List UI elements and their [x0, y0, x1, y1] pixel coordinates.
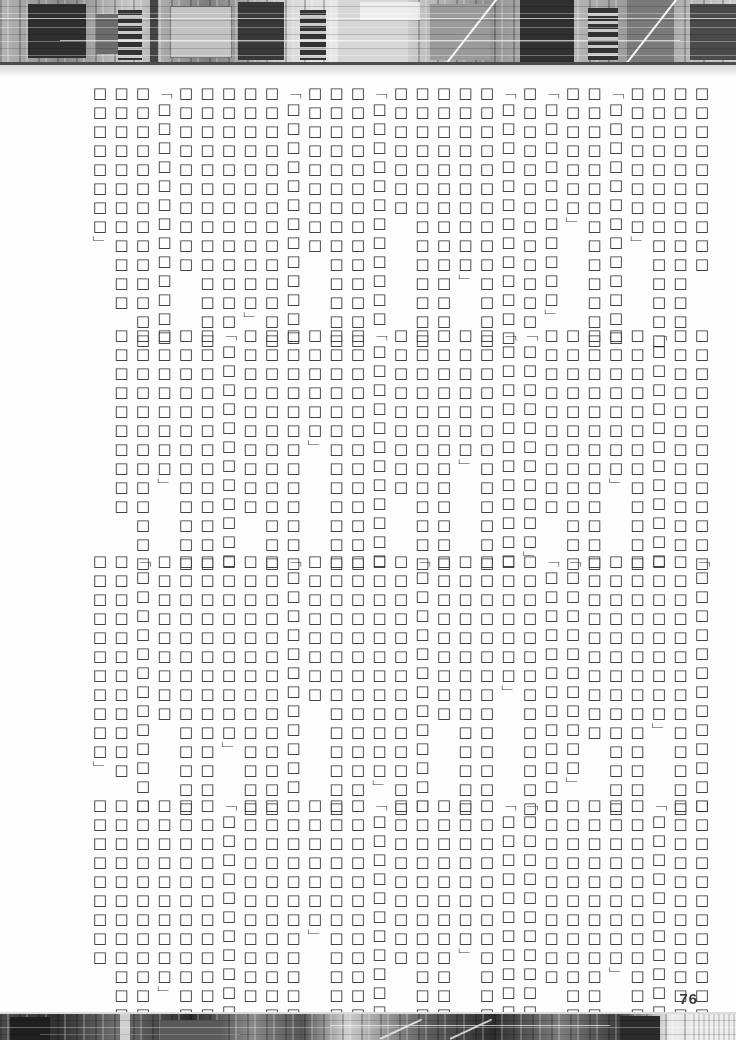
text-column: □□□□□□□□□□□□□□	[325, 552, 347, 776]
text-column: 「□□□□□□□□□□□□□	[691, 552, 713, 776]
text-column: □□□□□□□□□□□□□	[433, 326, 455, 532]
text-column: 「□□□□□□□□□□□□	[368, 84, 390, 306]
text-column: □□□□□□□□」	[626, 84, 648, 306]
text-column: □□□□□□□□□□□□□	[626, 552, 648, 776]
text-column: □□□□□□□□□	[390, 326, 412, 532]
text-column: 「□□□□□□□□□□□□□	[648, 796, 670, 1008]
text-column: □□□□□□□□□□□□	[110, 552, 132, 776]
text-tier-2: □□□□□□□□□□□□□□□□□□□□□□□□□「□□□□□□□□□□□□□□…	[74, 326, 712, 532]
text-column: □□□□□□□□□□□□□	[282, 796, 304, 1008]
text-column: □□□□□□□□□□□□□	[325, 326, 347, 532]
text-column: □□□□□□□□□□□□□□	[132, 796, 154, 1008]
text-column: □□□□□□□□□□□□□□	[411, 796, 433, 1008]
text-column: □□□□□□□□□□□□	[110, 796, 132, 1008]
text-column: □□□□□□□□□□□□□	[433, 796, 455, 1008]
text-column: 「□□□□□□□□□□□□□	[497, 796, 519, 1008]
text-column: □□□□□□□□□□□□□	[562, 326, 584, 532]
text-column: □□□□□□□□□□□□□□	[239, 552, 261, 776]
text-column: □□□□□□□□□□□□□	[583, 796, 605, 1008]
text-column: □□□□□□□□□□	[583, 552, 605, 776]
text-column: 「□□□□□□□□□□□□□	[605, 84, 627, 306]
text-column: □□□□□□□□□□□□□□	[261, 552, 283, 776]
text-column: □□□□□□□□□	[153, 552, 175, 776]
text-column: □□□□□□□□□	[89, 796, 111, 1008]
text-column: □□□□□□□□□□□□」	[368, 552, 390, 776]
text-column: □□□□□□□□□□□□□	[669, 84, 691, 306]
text-column: □□□□□□□□□□□□□□	[562, 796, 584, 1008]
text-column: □□□□□□□□□□	[540, 326, 562, 532]
text-column: □□□□□□□□□□□□□□	[648, 84, 670, 306]
text-column: □□□□□□□□□□□□□□	[325, 796, 347, 1008]
text-column: 「□□□□□□□□□□□□□	[132, 552, 154, 776]
text-column: □□□□□□□」	[562, 84, 584, 306]
banner-fade	[0, 65, 736, 78]
text-column: □□□□□□□□□□□□□□	[261, 796, 283, 1008]
text-column: □□□□□□□□□□□□□□	[519, 552, 541, 776]
text-column: □□□□□□□□□	[390, 796, 412, 1008]
text-column: □□□□□□□□□□	[691, 84, 713, 306]
text-column: □□□□□□□□□□□□	[669, 326, 691, 532]
text-column: □□□□□□□□□□□□□	[347, 326, 369, 532]
text-column: □□□□□□□□□□□□□	[132, 326, 154, 532]
text-column: □□□□□□」	[304, 326, 326, 532]
text-column: □□□□□□□□□□□□□□	[583, 84, 605, 306]
text-column: □□□□□□□	[390, 84, 412, 306]
text-column: □□□□□□□□□□□□□	[476, 326, 498, 532]
text-column: □□□□□□□□□□□□□	[626, 326, 648, 532]
text-column: □□□□□□□」	[497, 552, 519, 776]
text-column: □□□□□□□」	[304, 796, 326, 1008]
text-column: □□□□□□□□□□□」	[89, 552, 111, 776]
text-column: □□□□□□□□□□□□	[110, 84, 132, 306]
text-column: □□□□□□□□□□□□□	[583, 326, 605, 532]
text-column: □□□□□□□□□□□□□	[261, 326, 283, 532]
text-column: □□□□□□□□」	[605, 326, 627, 532]
text-column: □□□□□□□□□□□□□	[175, 796, 197, 1008]
text-column: 「□□□□□□□□□□□□	[282, 552, 304, 776]
text-column: □□□□□□□□□□□□□□	[691, 796, 713, 1008]
text-column: 「□□□□□□□□□□□□□	[497, 84, 519, 306]
text-column: □□□□□□□□□□」	[153, 796, 175, 1008]
text-column: □□□□□□□□□□□□□□	[390, 552, 412, 776]
text-column: □□□□□□□□」	[454, 796, 476, 1008]
text-column: □□□□□□□□□□□□□□	[132, 84, 154, 306]
text-column: □□□□□□□□□」	[648, 552, 670, 776]
text-column: □□□□□□□□	[304, 552, 326, 776]
text-column: □□□□□□□□□□」	[218, 552, 240, 776]
text-column: □□□□□□□□□□□□□	[196, 326, 218, 532]
text-column: □□□□□□□□□□□□□□	[196, 84, 218, 306]
text-column: 「□□□□□□□□□□□」	[519, 326, 541, 532]
text-column: 「□□□□□□□□□□□□	[648, 326, 670, 532]
text-area: □□□□□□□□□□□□□□□□□□□□□□□□□□□□□□□□□□□□□□□□…	[74, 84, 712, 1008]
text-column: □□□□□□□□□□	[239, 326, 261, 532]
text-column: □□□□□□□□□	[304, 84, 326, 306]
text-column: □□□□□□□□□□□□□	[433, 84, 455, 306]
glitch-horizontal-stripes	[0, 1014, 736, 1040]
text-column: □□□□□□□□□□□□□	[519, 84, 541, 306]
text-column: 「□□□□□□□□□□□□	[368, 326, 390, 532]
text-tier-4: □□□□□□□□□□□□□□□□□□□□□□□□□□「□□□□□□□□□□□□□…	[74, 796, 712, 1008]
text-tier-3: 「□□□□□□□□□□□□□□□□□□□□□□□□□□□□□□□□□□□□」□□…	[74, 552, 712, 776]
text-column: □□□□□□□□□□□□□	[476, 552, 498, 776]
text-column: □□□□□□□」	[454, 326, 476, 532]
glitch-horizontal-stripes	[0, 0, 736, 62]
text-column: □□□□□□□□」	[89, 84, 111, 306]
text-column: 「□□□□□□□□□□□」	[519, 796, 541, 1008]
text-column: 「□□□□□□□□□□□□□	[540, 552, 562, 776]
text-column: □□□□□□□□□□	[110, 326, 132, 532]
text-column: 「□□□□□□□□□□□□	[218, 326, 240, 532]
text-column: □□□□□□□□□□□□□	[347, 552, 369, 776]
text-column: □□□□□□□□」	[153, 326, 175, 532]
text-column: □□□□□□□□□□□□□□	[626, 796, 648, 1008]
text-column: □□□□□□□□□	[433, 552, 455, 776]
text-column: 「□□□□□□□□□□□□□	[411, 552, 433, 776]
text-column: □□□□□□□□□□□□□□	[669, 552, 691, 776]
text-column: □□□□□□□□□□□□□	[196, 552, 218, 776]
text-column: □□□□□□□□□」	[605, 796, 627, 1008]
text-column: 「□□□□□□□□□□□□	[497, 326, 519, 532]
text-column: □□□□□□□□□□□□□□	[261, 84, 283, 306]
text-column: 「□□□□□□□□□□□□□	[153, 84, 175, 306]
text-column: □□□□□□□□□□□□	[669, 796, 691, 1008]
text-column: 「□□□□□□□□□□□□□	[368, 796, 390, 1008]
text-column: □□□□□□□□□□□□□	[175, 326, 197, 532]
text-column: 「□□□□□□□□□□□□□	[282, 84, 304, 306]
text-column: □□□□□□□□□□□□□□	[411, 84, 433, 306]
text-column: □□□□□□□□□□□□□□	[347, 796, 369, 1008]
text-column: □□□□□□□□□□□□」	[239, 84, 261, 306]
text-column: □□□□□□□□□□□□□□	[196, 796, 218, 1008]
text-column: 「□□□□□□□□□□□」	[562, 552, 584, 776]
text-column: 「□□□□□□□□□□□」	[540, 84, 562, 306]
page-number: 76	[679, 991, 698, 1008]
glitch-banner-top	[0, 0, 736, 65]
text-column: □□□□□□□□□□□□□	[282, 326, 304, 532]
text-column: □□□□□□□□□□□□□□	[476, 84, 498, 306]
text-column: 「□□□□□□□□□□□□□	[218, 796, 240, 1008]
text-column: □□□□□□□□□□□□□	[218, 84, 240, 306]
text-column: □□□□□□□□□□」	[454, 84, 476, 306]
text-column: □□□□□□□□□□□□□□	[175, 552, 197, 776]
text-column: □□□□□□□□□□□□□□	[325, 84, 347, 306]
text-column: □□□□□□□□□□□□□□	[347, 84, 369, 306]
text-column: □□□□□□□□□□□□□□	[454, 552, 476, 776]
text-column: □□□□□□□□□□□□□	[411, 326, 433, 532]
text-column: □□□□□□□□□□□□□	[691, 326, 713, 532]
glitch-banner-bottom	[0, 1012, 736, 1040]
text-column: □□□□□□□□□□	[540, 796, 562, 1008]
text-column: □□□□□□□□□□□□□□	[605, 552, 627, 776]
book-page: □□□□□□□□□□□□□□□□□□□□□□□□□□□□□□□□□□□□□□□□…	[0, 0, 736, 1040]
text-column: □□□□□□□□□□	[175, 84, 197, 306]
text-column: □□□□□□□□□□□□□□	[476, 796, 498, 1008]
text-column: □□□□□□□□□□□	[239, 796, 261, 1008]
text-tier-1: □□□□□□□□□□□□□□□□□□□□□□□□□□□□□□□□□□□□□□□□…	[74, 84, 712, 306]
